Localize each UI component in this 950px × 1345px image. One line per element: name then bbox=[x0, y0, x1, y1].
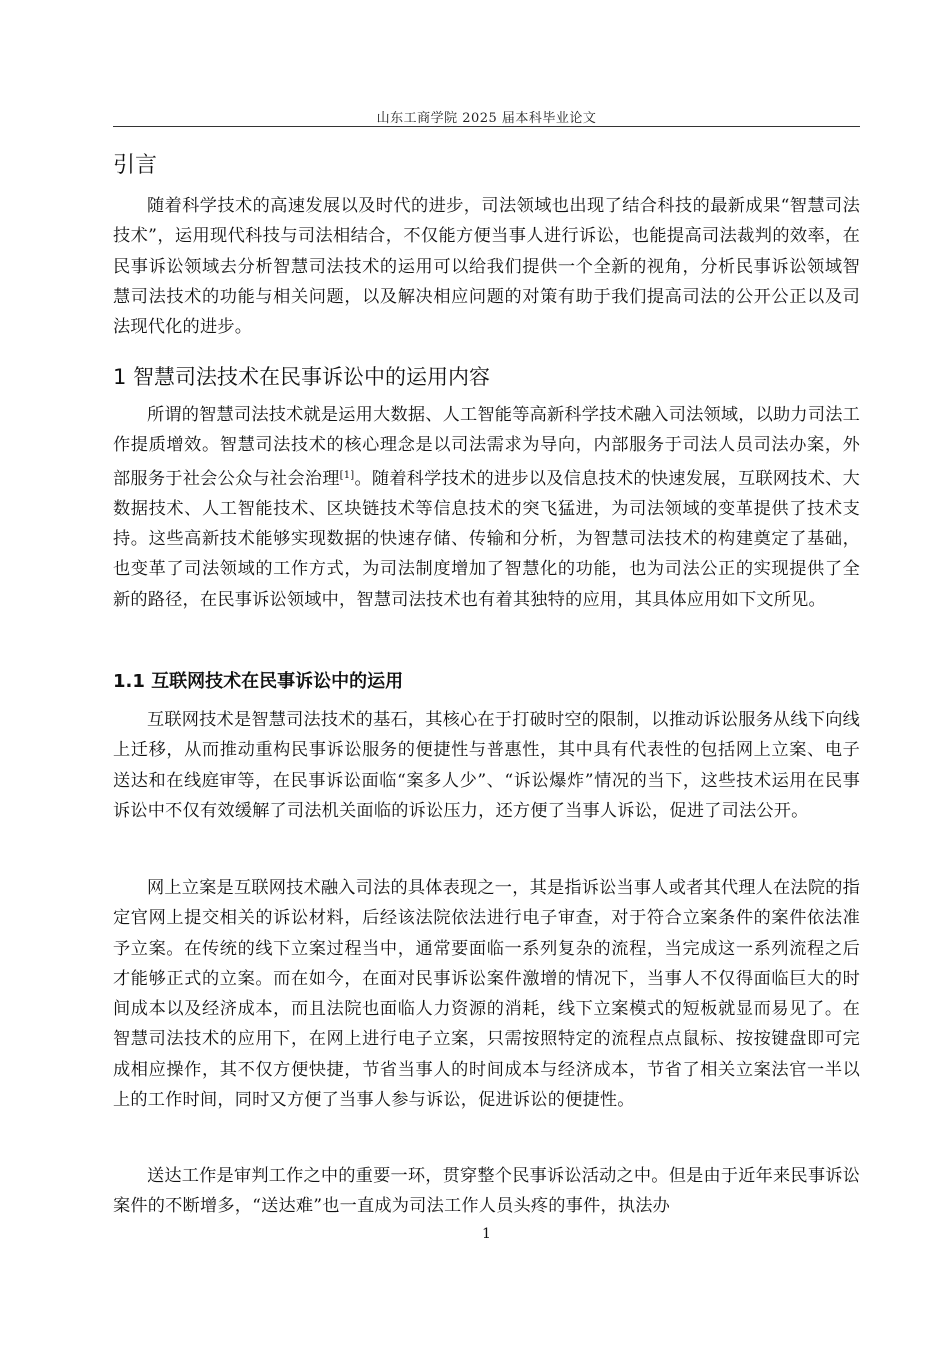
page-number: 1 bbox=[113, 1226, 860, 1242]
intro-paragraph: 随着科学技术的高速发展以及时代的进步，司法领域也出现了结合科技的最新成果“智慧司… bbox=[113, 191, 860, 342]
header-rule bbox=[113, 126, 860, 127]
section-1-1-paragraph-3: 送达工作是审判工作之中的重要一环，贯穿整个民事诉讼活动之中。但是由于近年来民事诉… bbox=[113, 1161, 860, 1222]
paragraph-text: 。随着科学技术的进步以及信息技术的快速发展，互联网技术、大数据技术、人工智能技术… bbox=[113, 469, 860, 610]
section-heading-1: 1 智慧司法技术在民事诉讼中的运用内容 bbox=[113, 361, 490, 391]
section-1-1-paragraph-1: 互联网技术是智慧司法技术的基石，其核心在于打破时空的限制，以推动诉讼服务从线下向… bbox=[113, 705, 860, 826]
section-heading-intro: 引言 bbox=[113, 148, 157, 179]
running-header: 山东工商学院 2025 届本科毕业论文 bbox=[113, 107, 860, 126]
citation-ref: [1] bbox=[340, 470, 355, 481]
section-1-paragraph: 所谓的智慧司法技术就是运用大数据、人工智能等高新科学技术融入司法领域，以助力司法… bbox=[113, 400, 860, 615]
section-heading-1-1: 1.1 互联网技术在民事诉讼中的运用 bbox=[113, 667, 403, 693]
section-1-1-paragraph-2: 网上立案是互联网技术融入司法的具体表现之一，其是指诉讼当事人或者其代理人在法院的… bbox=[113, 873, 860, 1115]
